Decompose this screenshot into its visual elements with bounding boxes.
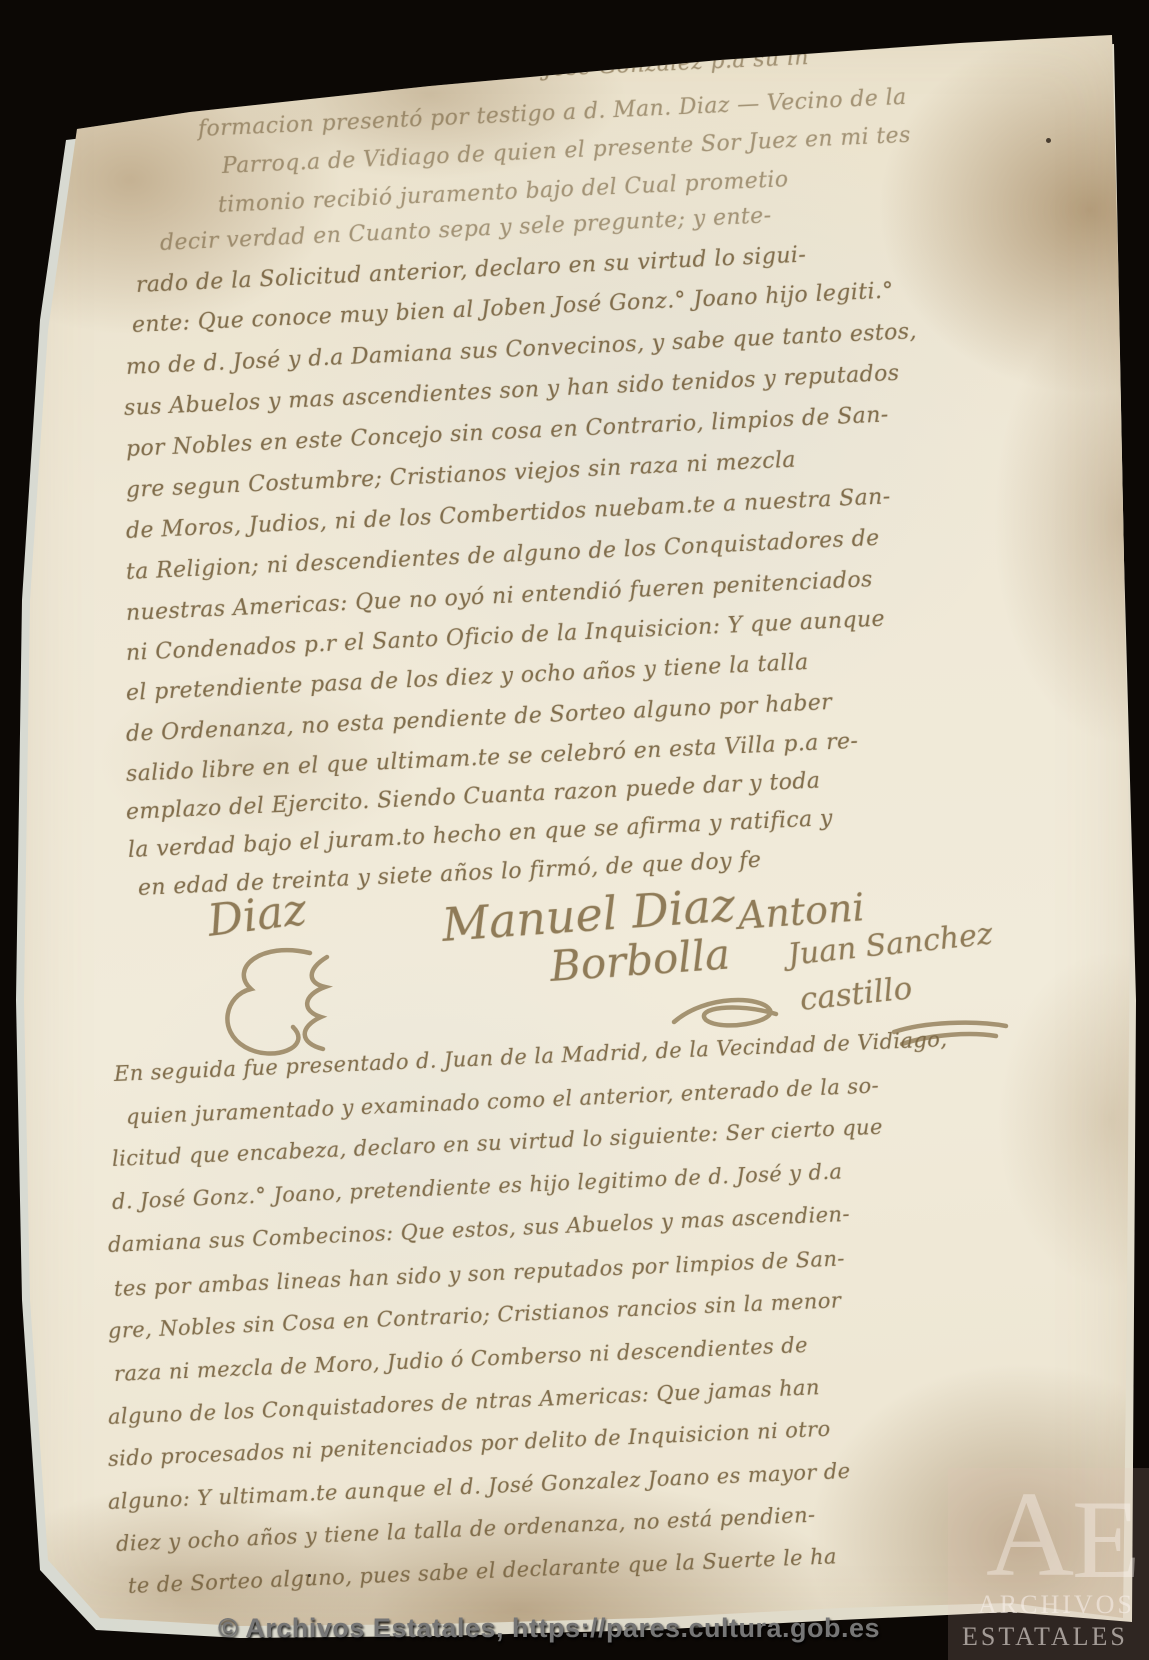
archive-scan-view: { "colors":{ "background":"#0c0805", "pa… bbox=[0, 0, 1149, 1660]
manuscript-line: sido procesados ni penitenciados por del… bbox=[107, 1417, 831, 1471]
ink-speck bbox=[1046, 138, 1051, 143]
ink-speck bbox=[308, 1574, 311, 1577]
signature-antoni: Antoni bbox=[736, 885, 865, 938]
signature-rubric-flourish bbox=[215, 935, 365, 1065]
scan-background: no e mil ochoc treinta y on el d. José G… bbox=[0, 0, 1149, 1660]
copyright-credit: © Archivos Estatales, https://pares.cult… bbox=[218, 1613, 880, 1644]
signature-rubric-flourish bbox=[666, 988, 781, 1038]
manuscript-line: damiana sus Combecinos: Que estos, sus A… bbox=[107, 1202, 850, 1257]
watermark-monogram-e: E bbox=[1072, 1484, 1140, 1596]
watermark-text-estatales: ESTATALES bbox=[962, 1622, 1128, 1652]
manuscript-line: raza ni mezcla de Moro, Judio ó Comberso… bbox=[113, 1333, 808, 1386]
manuscript-line: no e mil ochoc treinta y on el d. José G… bbox=[169, 45, 809, 99]
manuscript-page: no e mil ochoc treinta y on el d. José G… bbox=[0, 0, 1149, 1660]
watermark-overlay: A E ARCHIVOS ESTATALES bbox=[948, 1468, 1149, 1660]
signature-castillo: castillo bbox=[798, 970, 914, 1018]
watermark-monogram-a: A bbox=[986, 1474, 1074, 1596]
manuscript-line: diez y ocho años y tiene la talla de ord… bbox=[115, 1503, 815, 1556]
watermark-text-archivos: ARCHIVOS bbox=[978, 1590, 1135, 1620]
manuscript-line: te de Sorteo alguno, pues sabe el declar… bbox=[127, 1544, 837, 1598]
